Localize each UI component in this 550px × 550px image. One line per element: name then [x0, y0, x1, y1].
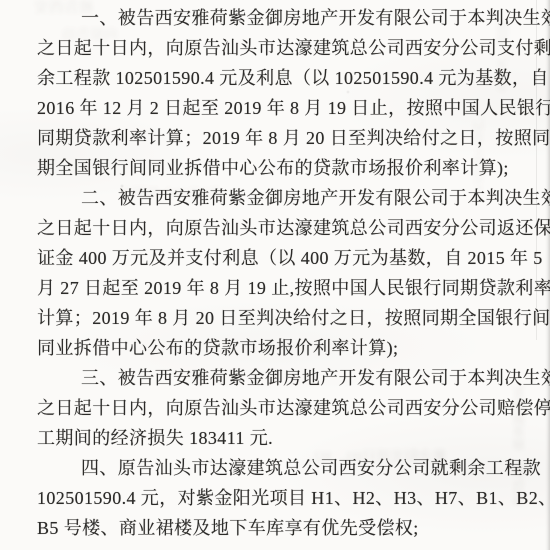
text-line: 计算；2019 年 8 月 20 日至判决给付之日，按照同期全国银行间: [37, 303, 537, 333]
scan-artifact-line: [536, 0, 537, 340]
text-line: 同业拆借中心公布的贷款市场报价利率计算);: [37, 333, 537, 363]
text-line: B5 号楼、商业裙楼及地下车库享有优先受偿权;: [37, 513, 537, 543]
text-line: 余工程款 102501590.4 元及利息（以 102501590.4 元为基数…: [37, 63, 537, 93]
scanned-judgment-page: 一、被告西安雅荷紫金御房地产开发有限公司于本判决生效之日起十日内，向原告汕头市达…: [0, 0, 550, 550]
text-line: 2016 年 12 月 2 日起至 2019 年 8 月 19 日止，按照中国人…: [37, 93, 537, 123]
text-line: 月 27 日起至 2019 年 8 月 19 止,按照中国人民银行同期贷款利率: [37, 273, 537, 303]
text-line: 二、被告西安雅荷紫金御房地产开发有限公司于本判决生效: [37, 183, 537, 213]
text-line: 102501590.4 元，对紫金阳光项目 H1、H2、H3、H7、B1、B2、…: [37, 483, 537, 513]
text-line: 期全国银行间同业拆借中心公布的贷款市场报价利率计算);: [37, 153, 537, 183]
scan-edge-shadow: [545, 0, 550, 550]
text-line: 证金 400 万元及并支付利息（以 400 万元为基数，自 2015 年 5: [37, 243, 537, 273]
text-line: 之日起十日内，向原告汕头市达濠建筑总公司西安分公司支付剩: [37, 33, 537, 63]
text-line: 四、原告汕头市达濠建筑总公司西安分公司就剩余工程款: [37, 453, 537, 483]
document-body: 一、被告西安雅荷紫金御房地产开发有限公司于本判决生效之日起十日内，向原告汕头市达…: [37, 3, 537, 543]
text-line: 之日起十日内，向原告汕头市达濠建筑总公司西安分公司返还保: [37, 213, 537, 243]
text-line: 同期贷款利率计算；2019 年 8 月 20 日至判决给付之日，按照同: [37, 123, 537, 153]
text-line: 之日起十日内，向原告汕头市达濠建筑总公司西安分公司赔偿停: [37, 393, 537, 423]
text-line: 三、被告西安雅荷紫金御房地产开发有限公司于本判决生效: [37, 363, 537, 393]
text-line: 一、被告西安雅荷紫金御房地产开发有限公司于本判决生效: [37, 3, 537, 33]
text-line: 工期间的经济损失 183411 元.: [37, 423, 537, 453]
